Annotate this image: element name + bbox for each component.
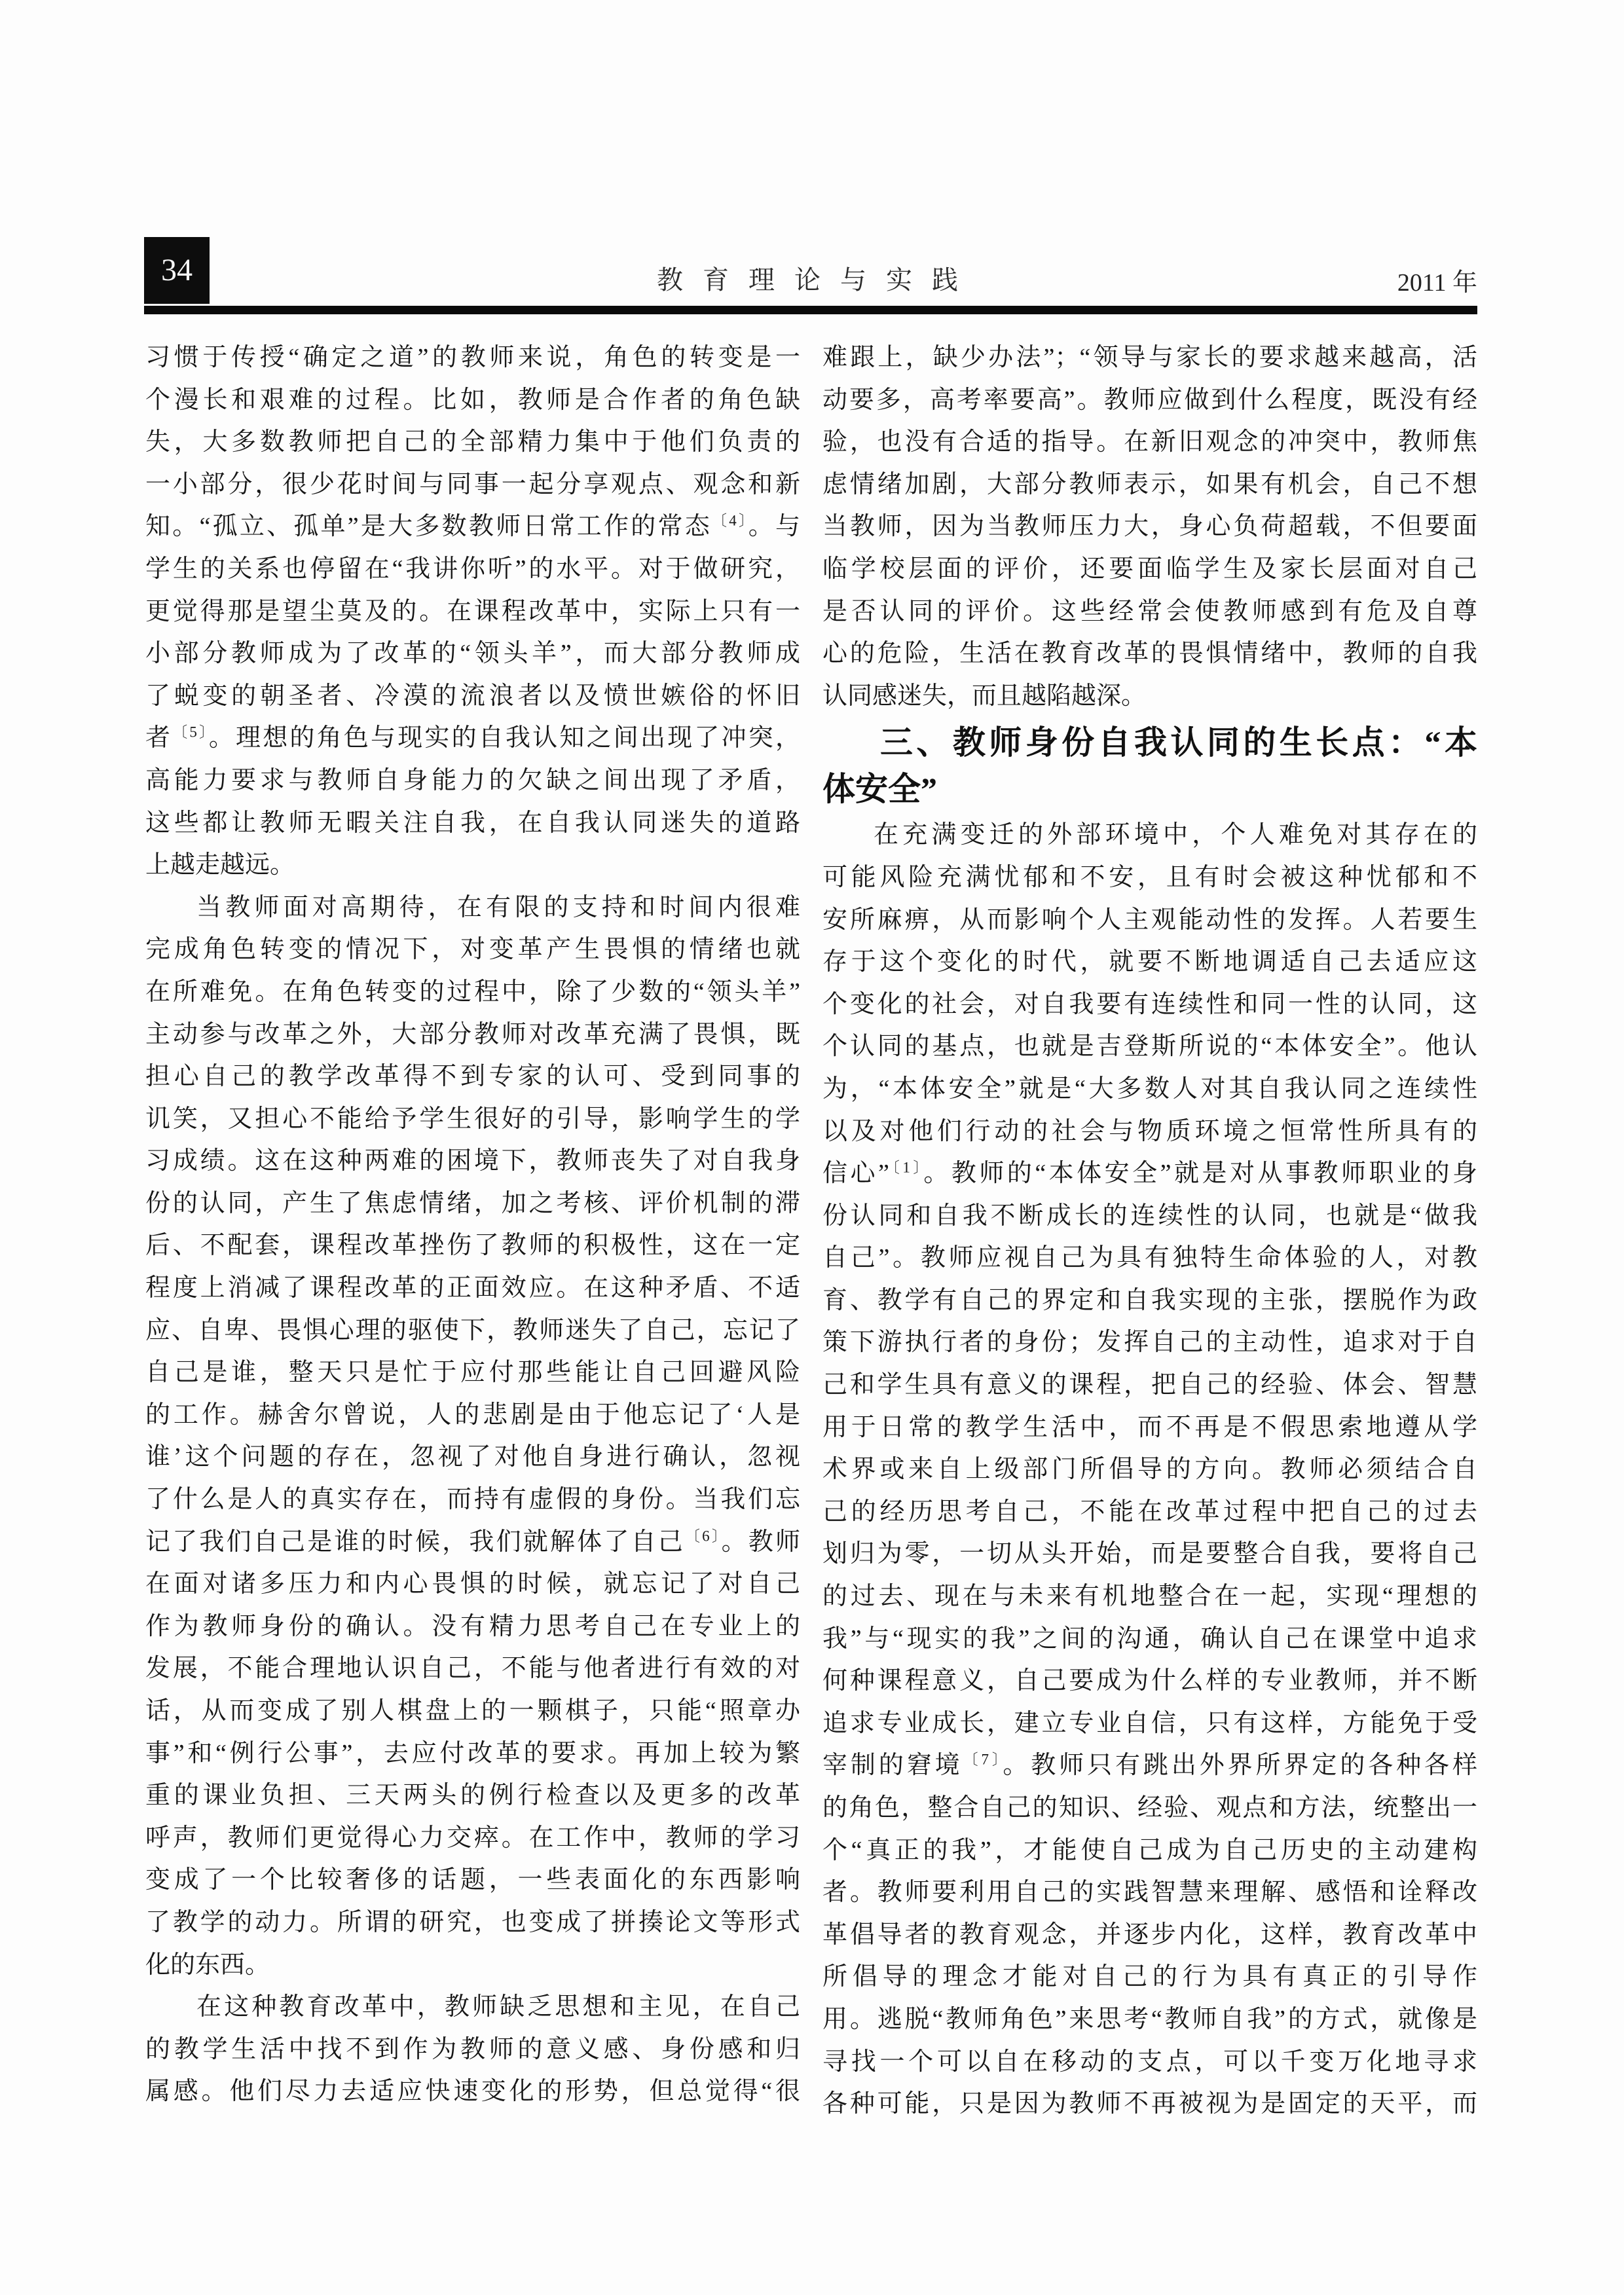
text-line: 存于这个变化的时代，就要不断地调适自己去适应这	[822, 941, 1477, 983]
text-line: 学生的关系也停留在“我讲你听”的水平。对于做研究，	[145, 548, 800, 591]
text-line: 话，从而变成了别人棋盘上的一颗棋子，只能“照章办	[145, 1690, 800, 1733]
text-line: 这些都让教师无暇关注自我，在自我认同迷失的道路	[145, 802, 800, 845]
text-line: 谁’这个问题的存在，忽视了对他自身进行确认，忽视	[145, 1436, 800, 1478]
text-line: 应、自卑、畏惧心理的驱使下，教师迷失了自己，忘记了	[145, 1310, 800, 1352]
text-line: 在充满变迁的外部环境中，个人难免对其存在的	[822, 814, 1477, 856]
text-line: 己的经历思考自己，不能在改革过程中把自己的过去	[822, 1491, 1477, 1533]
text-line: 者〔5〕。理想的角色与现实的自我认知之间出现了冲突，	[145, 717, 800, 760]
reference-superscript: 〔5〕	[172, 724, 209, 741]
right-column: 难跟上，缺少办法”；“领导与家长的要求越来越高，活动要多，高考率要高”。教师应做…	[822, 337, 1477, 2125]
text-line: 用于日常的教学生活中，而不再是不假思索地遵从学	[822, 1406, 1477, 1449]
section-heading: 三、教师身份自我认同的生长点：“本体安全”	[822, 720, 1477, 813]
paragraph: 在充满变迁的外部环境中，个人难免对其存在的可能风险充满忧郁和不安，且有时会被这种…	[822, 814, 1477, 2125]
paragraph: 难跟上，缺少办法”；“领导与家长的要求越来越高，活动要多，高考率要高”。教师应做…	[822, 337, 1477, 717]
text-line: 是否认同的评价。这些经常会使教师感到有危及自尊	[822, 591, 1477, 633]
text-line: 重的课业负担、三天两头的例行检查以及更多的改革	[145, 1774, 800, 1817]
text-line: 追求专业成长，建立专业自信，只有这样，方能免于受	[822, 1702, 1477, 1745]
text-line: 了什么是人的真实存在，而持有虚假的身份。当我们忘	[145, 1478, 800, 1521]
text-line: 者。教师要利用自己的实践智慧来理解、感悟和诠释改	[822, 1871, 1477, 1914]
text-line: 担心自己的教学改革得不到专家的认可、受到同事的	[145, 1056, 800, 1098]
text-line: 的教学生活中找不到作为教师的意义感、身份感和归	[145, 2029, 800, 2071]
text-line: 了蜕变的朝圣者、冷漠的流浪者以及愤世嫉俗的怀旧	[145, 675, 800, 718]
text-line: 份认同和自我不断成长的连续性的认同，也就是“做我	[822, 1195, 1477, 1238]
reference-superscript: 〔1〕	[889, 1159, 923, 1175]
text-line: 我”与“现实的我”之间的沟通，确认自己在课堂中追求	[822, 1618, 1477, 1661]
text-line: 小部分教师成为了改革的“领头羊”，而大部分教师成	[145, 633, 800, 675]
text-line: 各种可能，只是因为教师不再被视为是固定的天平，而	[822, 2083, 1477, 2125]
text-line: 后、不配套，课程改革挫伤了教师的积极性，这在一定	[145, 1224, 800, 1267]
text-line: 术界或来自上级部门所倡导的方向。教师必须结合自	[822, 1448, 1477, 1491]
text-line: 知。“孤立、孤单”是大多数教师日常工作的常态〔4〕。与	[145, 505, 800, 548]
text-line: 自己是谁，整天只是忙于应付那些能让自己回避风险	[145, 1351, 800, 1394]
text-line: 习惯于传授“确定之道”的教师来说，角色的转变是一	[145, 337, 800, 379]
text-line: 安所麻痹，从而影响个人主观能动性的发挥。人若要生	[822, 899, 1477, 942]
text-line: 当教师面对高期待，在有限的支持和时间内很难	[145, 887, 800, 929]
header-rule	[144, 306, 1477, 314]
paragraph: 当教师面对高期待，在有限的支持和时间内很难完成角色转变的情况下，对变革产生畏惧的…	[145, 887, 800, 1986]
text-line: 习成绩。这在这种两难的困境下，教师丧失了对自我身	[145, 1140, 800, 1183]
text-line: 个认同的基点，也就是吉登斯所说的“本体安全”。他认	[822, 1025, 1477, 1068]
text-line: 事”和“例行公事”，去应付改革的要求。再加上较为繁	[145, 1733, 800, 1775]
text-line: 为，“本体安全”就是“大多数人对其自我认同之连续性	[822, 1068, 1477, 1111]
paragraph: 在这种教育改革中，教师缺乏思想和主见，在自己的教学生活中找不到作为教师的意义感、…	[145, 1986, 800, 2113]
text-line: 信心”〔1〕。教师的“本体安全”就是对从事教师职业的身	[822, 1152, 1477, 1195]
text-line: 以及对他们行动的社会与物质环境之恒常性所具有的	[822, 1111, 1477, 1153]
text-line: 心的危险，生活在教育改革的畏惧情绪中，教师的自我	[822, 633, 1477, 675]
text-line: 可能风险充满忧郁和不安，且有时会被这种忧郁和不	[822, 856, 1477, 899]
heading-line: 三、教师身份自我认同的生长点：“本	[822, 720, 1477, 766]
text-line: 变成了一个比较奢侈的话题，一些表面化的东西影响	[145, 1859, 800, 1901]
text-line: 份的认同，产生了焦虑情绪，加之考核、评价机制的滞	[145, 1183, 800, 1225]
text-line: 何种课程意义，自己要成为什么样的专业教师，并不断	[822, 1660, 1477, 1702]
text-line: 自己”。教师应视自己为具有独特生命体验的人，对教	[822, 1237, 1477, 1279]
journal-page: 34 教 育 理 论 与 实 践 2011 年 习惯于传授“确定之道”的教师来说…	[0, 0, 1624, 2295]
text-line: 的工作。赫舍尔曾说，人的悲剧是由于他忘记了‘人是	[145, 1394, 800, 1437]
text-line: 属感。他们尽力去适应快速变化的形势，但总觉得“很	[145, 2070, 800, 2113]
journal-title: 教 育 理 论 与 实 践	[210, 259, 1412, 297]
text-line: 了教学的动力。所谓的研究，也变成了拼揍论文等形式	[145, 1901, 800, 1944]
text-line: 上越走越远。	[145, 844, 800, 887]
text-line: 记了我们自己是谁的时候，我们就解体了自己〔6〕。教师	[145, 1521, 800, 1564]
text-line: 用。逃脱“教师角色”来思考“教师自我”的方式，就像是	[822, 1998, 1477, 2041]
text-line: 临学校层面的评价，还要面临学生及家长层面对自己	[822, 548, 1477, 591]
text-line: 验，也没有合适的指导。在新旧观念的冲突中，教师焦	[822, 421, 1477, 464]
text-line: 呼声，教师们更觉得心力交瘁。在工作中，教师的学习	[145, 1817, 800, 1860]
text-line: 己和学生具有意义的课程，把自己的经验、体会、智慧	[822, 1364, 1477, 1406]
text-line: 化的东西。	[145, 1944, 800, 1987]
text-line: 主动参与改革之外，大部分教师对改革充满了畏惧，既	[145, 1014, 800, 1056]
text-line: 虑情绪加剧，大部分教师表示，如果有机会，自己不想	[822, 464, 1477, 506]
text-line: 动要多，高考率要高”。教师应做到什么程度，既没有经	[822, 379, 1477, 422]
text-line: 作为教师身份的确认。没有精力思考自己在专业上的	[145, 1606, 800, 1648]
text-line: 发展，不能合理地认识自己，不能与他者进行有效的对	[145, 1647, 800, 1690]
reference-superscript: 〔4〕	[712, 513, 748, 529]
reference-superscript: 〔6〕	[685, 1528, 722, 1544]
issue-year: 2011 年	[1397, 262, 1477, 298]
left-column: 习惯于传授“确定之道”的教师来说，角色的转变是一个漫长和艰难的过程。比如，教师是…	[145, 337, 800, 2113]
page-number-box: 34	[144, 237, 210, 304]
text-line: 认同感迷失，而且越陷越深。	[822, 675, 1477, 718]
text-line: 宰制的窘境〔7〕。教师只有跳出外界所界定的各种各样	[822, 1744, 1477, 1787]
reference-superscript: 〔7〕	[963, 1752, 1003, 1768]
paragraph: 习惯于传授“确定之道”的教师来说，角色的转变是一个漫长和艰难的过程。比如，教师是…	[145, 337, 800, 887]
text-line: 一小部分，很少花时间与同事一起分享观点、观念和新	[145, 464, 800, 506]
text-line: 寻找一个可以自在移动的支点，可以千变万化地寻求	[822, 2041, 1477, 2084]
text-line: 个“真正的我”，才能使自己成为自己历史的主动建构	[822, 1829, 1477, 1872]
text-line: 个变化的社会，对自我要有连续性和同一性的认同，这	[822, 983, 1477, 1026]
text-line: 失，大多数教师把自己的全部精力集中于他们负责的	[145, 421, 800, 464]
text-line: 策下游执行者的身份；发挥自己的主动性，追求对于自	[822, 1321, 1477, 1364]
text-line: 高能力要求与教师自身能力的欠缺之间出现了矛盾，	[145, 760, 800, 802]
text-line: 革倡导者的教育观念，并逐步内化，这样，教育改革中	[822, 1914, 1477, 1956]
page-number: 34	[161, 255, 193, 286]
text-line: 所倡导的理念才能对自己的行为具有真正的引导作	[822, 1956, 1477, 1998]
text-line: 在这种教育改革中，教师缺乏思想和主见，在自己	[145, 1986, 800, 2029]
heading-line: 体安全”	[822, 766, 1477, 813]
text-line: 个漫长和艰难的过程。比如，教师是合作者的角色缺	[145, 379, 800, 422]
text-line: 在面对诸多压力和内心畏惧的时候，就忘记了对自己	[145, 1563, 800, 1606]
text-line: 的过去、现在与未来有机地整合在一起，实现“理想的	[822, 1575, 1477, 1618]
text-line: 划归为零，一切从头开始，而是要整合自我，要将自己	[822, 1533, 1477, 1575]
text-line: 育、教学有自己的界定和自我实现的主张，摆脱作为政	[822, 1279, 1477, 1322]
text-line: 难跟上，缺少办法”；“领导与家长的要求越来越高，活	[822, 337, 1477, 379]
text-line: 完成角色转变的情况下，对变革产生畏惧的情绪也就	[145, 928, 800, 971]
text-line: 程度上消减了课程改革的正面效应。在这种矛盾、不适	[145, 1267, 800, 1310]
text-line: 在所难免。在角色转变的过程中，除了少数的“领头羊”	[145, 971, 800, 1014]
text-line: 的角色，整合自己的知识、经验、观点和方法，统整出一	[822, 1787, 1477, 1829]
text-line: 更觉得那是望尘莫及的。在课程改革中，实际上只有一	[145, 591, 800, 633]
text-line: 当教师，因为当教师压力大，身心负荷超载，不但要面	[822, 505, 1477, 548]
text-line: 讥笑，又担心不能给予学生很好的引导，影响学生的学	[145, 1098, 800, 1141]
